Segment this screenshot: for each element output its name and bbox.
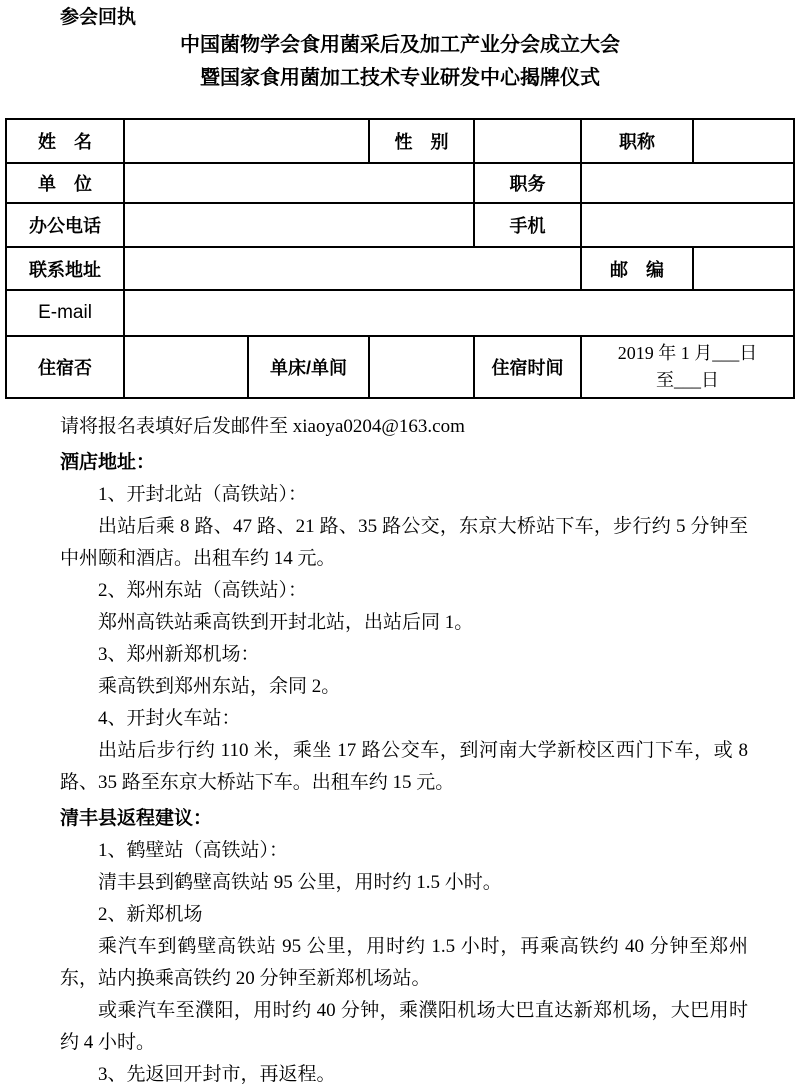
table-row: E-mail [6,290,794,336]
table-row: 住宿否单床/单间住宿时间2019 年 1 月___日至___日 [6,336,794,398]
office-phone-input[interactable] [124,203,474,247]
organization-label: 单 位 [6,163,124,203]
return-advice-heading: 清丰县返程建议： [60,803,748,835]
return-route-2-desc: 乘汽车到鹤壁高铁站 95 公里，用时约 1.5 小时，再乘高铁约 40 分钟至郑… [60,931,748,995]
return-route-2-title: 2、新郑机场 [60,899,748,931]
submit-instruction: 请将报名表填好后发邮件至 xiaoya0204@163.com [60,411,748,443]
email-input[interactable] [124,290,794,336]
table-row: 单 位职务 [6,163,794,203]
return-route-1-title: 1、鹤壁站（高铁站）： [60,835,748,867]
address-input[interactable] [124,247,581,290]
registration-table: 姓 名性 别职称单 位职务办公电话手机联系地址邮 编E-mail住宿否单床/单间… [5,118,795,399]
prof-title-label: 职称 [581,119,693,163]
gender-label: 性 别 [369,119,474,163]
return-route-3-title: 3、先返回开封市，再返程。 [60,1059,748,1084]
office-phone-label: 办公电话 [6,203,124,247]
table-row: 姓 名性 别职称 [6,119,794,163]
lodging-date-line: 2019 年 1 月___日 [584,340,791,367]
position-input[interactable] [581,163,794,203]
room-type-label: 单床/单间 [248,336,369,398]
conference-title-line2: 暨国家食用菌加工技术专业研发中心揭牌仪式 [0,65,800,91]
postcode-input[interactable] [693,247,794,290]
table-row: 联系地址邮 编 [6,247,794,290]
page: 参会回执 中国菌物学会食用菌采后及加工产业分会成立大会 暨国家食用菌加工技术专业… [0,0,800,1084]
lodging-time-label: 住宿时间 [474,336,581,398]
notes-section: 请将报名表填好后发邮件至 xiaoya0204@163.com酒店地址：1、开封… [60,411,748,1084]
lodging-date-line: 至___日 [584,367,791,394]
return-route-2-desc-alt: 或乘汽车至濮阳，用时约 40 分钟，乘濮阳机场大巴直达新郑机场，大巴用时约 4 … [60,995,748,1059]
address-label: 联系地址 [6,247,124,290]
hotel-route-2-title: 2、郑州东站（高铁站）： [60,575,748,607]
postcode-label: 邮 编 [581,247,693,290]
table-row: 办公电话手机 [6,203,794,247]
organization-input[interactable] [124,163,474,203]
hotel-route-3-title: 3、郑州新郑机场： [60,639,748,671]
doc-label: 参会回执 [60,6,136,30]
hotel-route-2-desc: 郑州高铁站乘高铁到开封北站，出站后同 1。 [60,607,748,639]
prof-title-input[interactable] [693,119,794,163]
hotel-route-4-desc: 出站后步行约 110 米，乘坐 17 路公交车，到河南大学新校区西门下车，或 8… [60,735,748,799]
name-label: 姓 名 [6,119,124,163]
mobile-input[interactable] [581,203,794,247]
conference-title-line1: 中国菌物学会食用菌采后及加工产业分会成立大会 [0,32,800,58]
hotel-route-1-title: 1、开封北站（高铁站）： [60,479,748,511]
hotel-route-4-title: 4、开封火车站： [60,703,748,735]
lodging-input[interactable] [124,336,248,398]
return-route-1-desc: 清丰县到鹤壁高铁站 95 公里，用时约 1.5 小时。 [60,867,748,899]
lodging-label: 住宿否 [6,336,124,398]
mobile-label: 手机 [474,203,581,247]
room-type-input[interactable] [369,336,474,398]
hotel-address-heading: 酒店地址： [60,447,748,479]
gender-input[interactable] [474,119,581,163]
registration-table-body: 姓 名性 别职称单 位职务办公电话手机联系地址邮 编E-mail住宿否单床/单间… [6,119,794,398]
name-input[interactable] [124,119,369,163]
hotel-route-3-desc: 乘高铁到郑州东站，余同 2。 [60,671,748,703]
email-label: E-mail [6,290,124,336]
lodging-date-cell[interactable]: 2019 年 1 月___日至___日 [581,336,794,398]
position-label: 职务 [474,163,581,203]
hotel-route-1-desc: 出站后乘 8 路、47 路、21 路、35 路公交，东京大桥站下车，步行约 5 … [60,511,748,575]
